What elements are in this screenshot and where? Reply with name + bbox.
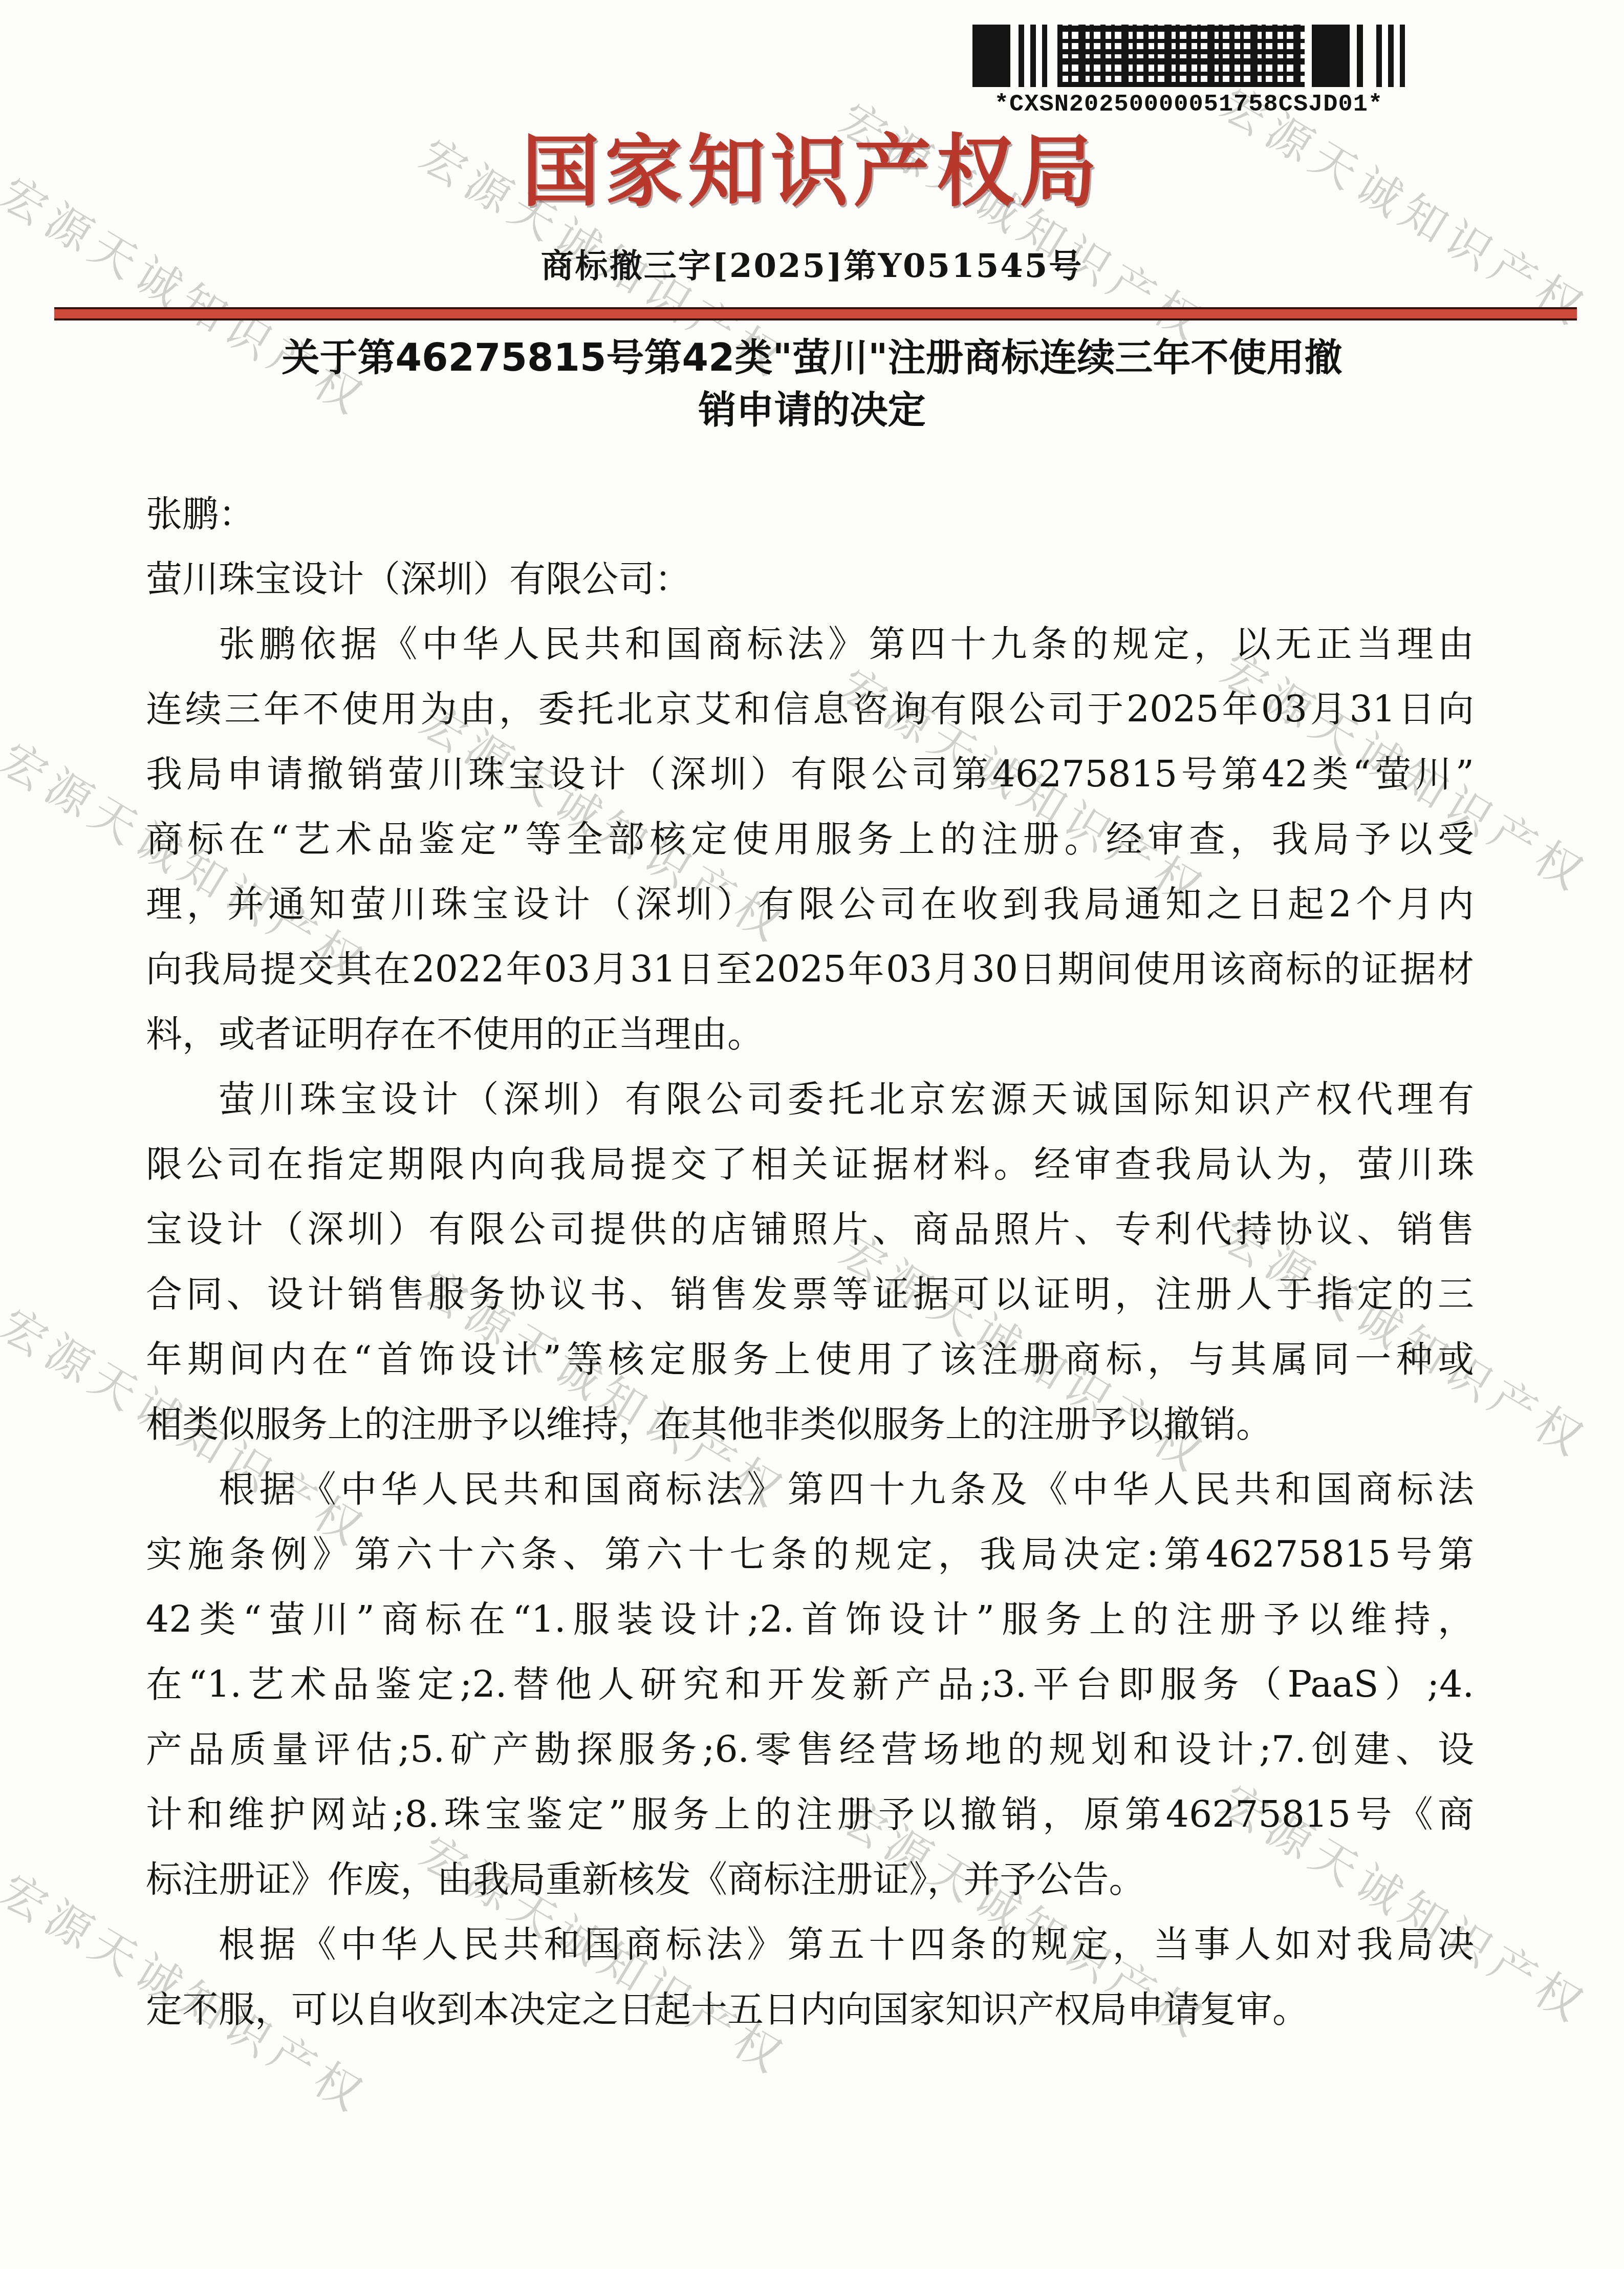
body-line: 连续三年不使用为由，委托北京艾和信息咨询有限公司于2025年03月31日向 — [146, 676, 1474, 741]
body-line: 料，或者证明存在不使用的正当理由。 — [146, 1001, 1474, 1066]
body-line: 萤川珠宝设计（深圳）有限公司： — [146, 546, 1474, 611]
body-line: 宝设计（深圳）有限公司提供的店铺照片、商品照片、专利代持协议、销售 — [146, 1196, 1474, 1261]
doc-title-line1: 关于第46275815号第42类"萤川"注册商标连续三年不使用撤 — [282, 336, 1342, 380]
barcode-block-left — [972, 25, 1010, 87]
body-line: 张鹏依据《中华人民共和国商标法》第四十九条的规定，以无正当理由 — [146, 611, 1474, 676]
barcode — [972, 25, 1405, 87]
barcode-gap — [1047, 25, 1057, 87]
doc-number: 商标撤三字[2025]第Y051545号 — [0, 240, 1624, 287]
body-line: 我局申请撤销萤川珠宝设计（深圳）有限公司第46275815号第42类“萤川” — [146, 741, 1474, 806]
body-line: 在“1.艺术品鉴定;2.替他人研究和开发新产品;3.平台即服务（PaaS）;4. — [146, 1652, 1474, 1717]
barcode-gap — [1305, 25, 1312, 87]
barcode-bars — [1019, 25, 1047, 87]
barcode-gap — [1350, 25, 1357, 87]
body-line: 商标在“艺术品鉴定”等全部核定使用服务上的注册。经审查，我局予以受 — [146, 806, 1474, 871]
barcode-label: *CXSN20250000051758CSJD01* — [972, 91, 1405, 118]
body-line: 产品质量评估;5.矿产勘探服务;6.零售经营场地的规划和设计;7.创建、设 — [146, 1717, 1474, 1782]
barcode-gap — [1010, 25, 1019, 87]
barcode-block-right — [1312, 25, 1350, 87]
body-line: 相类似服务上的注册予以维持，在其他非类似服务上的注册予以撤销。 — [146, 1392, 1474, 1457]
body-line: 年期间内在“首饰设计”等核定服务上使用了该注册商标，与其属同一种或 — [146, 1326, 1474, 1392]
body-line: 萤川珠宝设计（深圳）有限公司委托北京宏源天诚国际知识产权代理有 — [146, 1066, 1474, 1131]
agency-title: 国家知识产权局 — [0, 127, 1624, 217]
body-line: 根据《中华人民共和国商标法》第四十九条及《中华人民共和国商标法 — [146, 1457, 1474, 1522]
body-text: 张鹏：萤川珠宝设计（深圳）有限公司：张鹏依据《中华人民共和国商标法》第四十九条的… — [146, 481, 1474, 2042]
barcode-bars — [1376, 25, 1405, 87]
body-line: 计和维护网站;8.珠宝鉴定”服务上的注册予以撤销，原第46275815号《商 — [146, 1782, 1474, 1847]
body-line: 理，并通知萤川珠宝设计（深圳）有限公司在收到我局通知之日起2个月内 — [146, 871, 1474, 936]
body-line: 合同、设计销售服务协议书、销售发票等证据可以证明，注册人于指定的三 — [146, 1261, 1474, 1326]
barcode-matrix-pattern — [1057, 25, 1305, 87]
body-line: 定不服，可以自收到本决定之日起十五日内向国家知识产权局申请复审。 — [146, 1977, 1474, 2042]
doc-title: 关于第46275815号第42类"萤川"注册商标连续三年不使用撤 销申请的决定 — [0, 332, 1624, 436]
red-rule-divider — [54, 307, 1577, 320]
body-line: 42类“萤川”商标在“1.服装设计;2.首饰设计”服务上的注册予以维持， — [146, 1587, 1474, 1652]
body-line: 张鹏： — [146, 481, 1474, 546]
barcode-bar — [1357, 25, 1363, 87]
body-line: 限公司在指定期限内向我局提交了相关证据材料。经审查我局认为，萤川珠 — [146, 1131, 1474, 1196]
body-line: 根据《中华人民共和国商标法》第五十四条的规定，当事人如对我局决 — [146, 1912, 1474, 1977]
doc-title-line2: 销申请的决定 — [699, 388, 926, 432]
body-line: 标注册证》作废，由我局重新核发《商标注册证》，并予公告。 — [146, 1847, 1474, 1912]
barcode-gap — [1363, 25, 1376, 87]
body-line: 实施条例》第六十六条、第六十七条的规定，我局决定:第46275815号第 — [146, 1522, 1474, 1587]
scanned-document-page: 宏源天诚知识产权宏源天诚知识产权宏源天诚知识产权宏源天诚知识产权宏源天诚知识产权… — [0, 0, 1624, 2269]
body-line: 向我局提交其在2022年03月31日至2025年03月30日期间使用该商标的证据… — [146, 936, 1474, 1001]
